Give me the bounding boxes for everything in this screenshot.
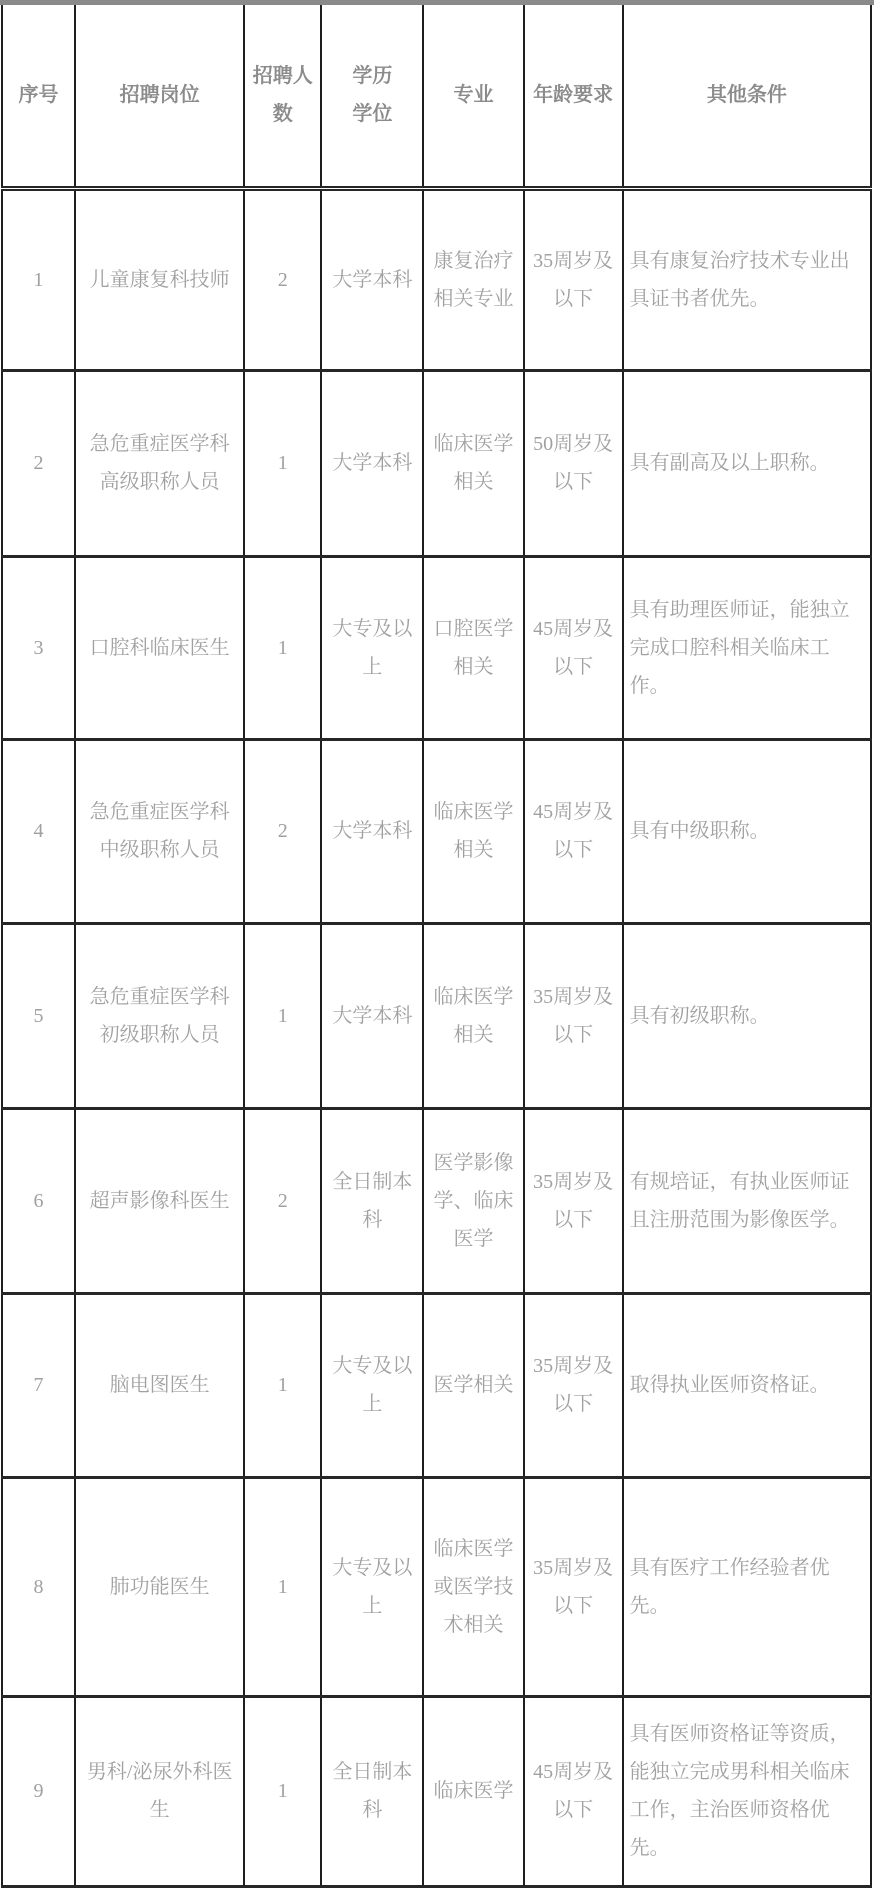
table-row: 3 口腔科临床医生 1 大专及以 上 口腔医学 相关 45周岁及 以下 具有助理… — [2, 556, 871, 739]
cell-headcount: 1 — [244, 1477, 321, 1696]
cell-headcount: 1 — [244, 370, 321, 556]
cell-education: 大学本科 — [321, 188, 423, 370]
cell-no: 8 — [2, 1477, 75, 1696]
col-header-position: 招聘岗位 — [75, 5, 244, 188]
cell-age: 35周岁及 以下 — [524, 1293, 623, 1477]
cell-headcount: 1 — [244, 1293, 321, 1477]
table-row: 9 男科/泌尿外科医 生 1 全日制本 科 临床医学 45周岁及 以下 具有医师… — [2, 1696, 871, 1886]
cell-headcount: 2 — [244, 739, 321, 923]
cell-position: 肺功能医生 — [75, 1477, 244, 1696]
table-row: 7 脑电图医生 1 大专及以 上 医学相关 35周岁及 以下 取得执业医师资格证… — [2, 1293, 871, 1477]
cell-position: 口腔科临床医生 — [75, 556, 244, 739]
cell-age: 35周岁及 以下 — [524, 1477, 623, 1696]
cell-education: 大学本科 — [321, 370, 423, 556]
cell-other: 具有中级职称。 — [623, 739, 871, 923]
cell-headcount: 1 — [244, 556, 321, 739]
cell-no: 4 — [2, 739, 75, 923]
cell-age: 50周岁及 以下 — [524, 370, 623, 556]
cell-position: 急危重症医学科 初级职称人员 — [75, 923, 244, 1108]
cell-education: 大学本科 — [321, 739, 423, 923]
cell-no: 3 — [2, 556, 75, 739]
cell-major: 临床医学 相关 — [423, 739, 523, 923]
cell-headcount: 1 — [244, 1696, 321, 1886]
table-row: 2 急危重症医学科 高级职称人员 1 大学本科 临床医学 相关 50周岁及 以下… — [2, 370, 871, 556]
table-row: 5 急危重症医学科 初级职称人员 1 大学本科 临床医学 相关 35周岁及 以下… — [2, 923, 871, 1108]
cell-education: 大学本科 — [321, 923, 423, 1108]
header-row: 序号 招聘岗位 招聘人 数 学历 学位 专业 年龄要求 其他条件 — [2, 5, 871, 188]
cell-education: 大专及以 上 — [321, 1293, 423, 1477]
cell-other: 有规培证，有执业医师证 且注册范围为影像医学。 — [623, 1108, 871, 1293]
cell-no: 7 — [2, 1293, 75, 1477]
cell-age: 45周岁及 以下 — [524, 556, 623, 739]
cell-age: 35周岁及 以下 — [524, 1108, 623, 1293]
cell-age: 35周岁及 以下 — [524, 188, 623, 370]
cell-major: 临床医学 相关 — [423, 923, 523, 1108]
col-header-education: 学历 学位 — [321, 5, 423, 188]
cell-education: 全日制本 科 — [321, 1696, 423, 1886]
cell-education: 大专及以 上 — [321, 1477, 423, 1696]
recruitment-table-sheet: 序号 招聘岗位 招聘人 数 学历 学位 专业 年龄要求 其他条件 1 儿童康复科… — [0, 0, 874, 1888]
cell-major: 临床医学 — [423, 1696, 523, 1886]
cell-headcount: 2 — [244, 1108, 321, 1293]
cell-education: 全日制本 科 — [321, 1108, 423, 1293]
cell-position: 儿童康复科技师 — [75, 188, 244, 370]
cell-major: 康复治疗 相关专业 — [423, 188, 523, 370]
cell-other: 具有助理医师证，能独立 完成口腔科相关临床工 作。 — [623, 556, 871, 739]
table-row: 4 急危重症医学科 中级职称人员 2 大学本科 临床医学 相关 45周岁及 以下… — [2, 739, 871, 923]
cell-age: 45周岁及 以下 — [524, 1696, 623, 1886]
col-header-other: 其他条件 — [623, 5, 871, 188]
cell-position: 超声影像科医生 — [75, 1108, 244, 1293]
cell-age: 45周岁及 以下 — [524, 739, 623, 923]
cell-position: 男科/泌尿外科医 生 — [75, 1696, 244, 1886]
cell-major: 口腔医学 相关 — [423, 556, 523, 739]
cell-headcount: 1 — [244, 923, 321, 1108]
cell-major: 医学影像 学、临床 医学 — [423, 1108, 523, 1293]
col-header-age: 年龄要求 — [524, 5, 623, 188]
cell-other: 具有初级职称。 — [623, 923, 871, 1108]
cell-no: 6 — [2, 1108, 75, 1293]
cell-major: 临床医学 相关 — [423, 370, 523, 556]
cell-position: 脑电图医生 — [75, 1293, 244, 1477]
cell-other: 具有康复治疗技术专业出 具证书者优先。 — [623, 188, 871, 370]
cell-no: 5 — [2, 923, 75, 1108]
cell-other: 具有医师资格证等资质， 能独立完成男科相关临床 工作，主治医师资格优 先。 — [623, 1696, 871, 1886]
cell-major: 临床医学 或医学技 术相关 — [423, 1477, 523, 1696]
col-header-no: 序号 — [2, 5, 75, 188]
table-row: 8 肺功能医生 1 大专及以 上 临床医学 或医学技 术相关 35周岁及 以下 … — [2, 1477, 871, 1696]
cell-no: 2 — [2, 370, 75, 556]
cell-position: 急危重症医学科 中级职称人员 — [75, 739, 244, 923]
cell-no: 9 — [2, 1696, 75, 1886]
cell-major: 医学相关 — [423, 1293, 523, 1477]
col-header-headcount: 招聘人 数 — [244, 5, 321, 188]
cell-headcount: 2 — [244, 188, 321, 370]
cell-age: 35周岁及 以下 — [524, 923, 623, 1108]
cell-position: 急危重症医学科 高级职称人员 — [75, 370, 244, 556]
table-row: 1 儿童康复科技师 2 大学本科 康复治疗 相关专业 35周岁及 以下 具有康复… — [2, 188, 871, 370]
cell-no: 1 — [2, 188, 75, 370]
cell-other: 取得执业医师资格证。 — [623, 1293, 871, 1477]
cell-other: 具有医疗工作经验者优 先。 — [623, 1477, 871, 1696]
cell-education: 大专及以 上 — [321, 556, 423, 739]
recruitment-table: 序号 招聘岗位 招聘人 数 学历 学位 专业 年龄要求 其他条件 1 儿童康复科… — [1, 5, 872, 1888]
col-header-major: 专业 — [423, 5, 523, 188]
table-row: 6 超声影像科医生 2 全日制本 科 医学影像 学、临床 医学 35周岁及 以下… — [2, 1108, 871, 1293]
cell-other: 具有副高及以上职称。 — [623, 370, 871, 556]
